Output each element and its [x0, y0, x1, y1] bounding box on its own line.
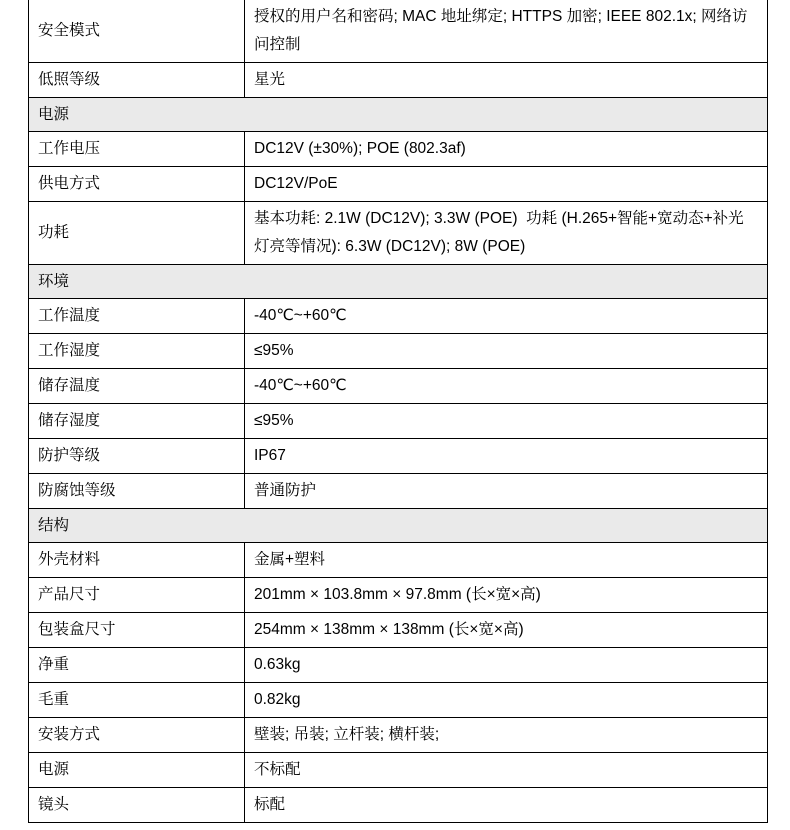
spec-value: DC12V/PoE [245, 167, 768, 202]
spec-value: 星光 [245, 63, 768, 98]
spec-value: 金属+塑料 [245, 543, 768, 578]
spec-label: 工作温度 [29, 299, 245, 334]
spec-label: 防腐蚀等级 [29, 474, 245, 509]
spec-value: 254mm × 138mm × 138mm (长×宽×高) [245, 613, 768, 648]
spec-label: 功耗 [29, 202, 245, 265]
spec-value: -40℃~+60℃ [245, 369, 768, 404]
spec-value: DC12V (±30%); POE (802.3af) [245, 132, 768, 167]
section-title: 环境 [29, 265, 768, 299]
spec-label: 净重 [29, 648, 245, 683]
spec-document-page: 安全模式 授权的用户名和密码; MAC 地址绑定; HTTPS 加密; IEEE… [0, 0, 790, 830]
spec-label: 防护等级 [29, 439, 245, 474]
spec-value: ≤95% [245, 334, 768, 369]
table-row: 工作湿度 ≤95% [29, 334, 768, 369]
spec-label: 低照等级 [29, 63, 245, 98]
section-title: 电源 [29, 98, 768, 132]
table-row: 供电方式 DC12V/PoE [29, 167, 768, 202]
spec-value: 201mm × 103.8mm × 97.8mm (长×宽×高) [245, 578, 768, 613]
section-row: 结构 [29, 509, 768, 543]
spec-label: 安全模式 [29, 0, 245, 63]
spec-label: 工作电压 [29, 132, 245, 167]
table-row: 净重 0.63kg [29, 648, 768, 683]
table-row: 工作温度 -40℃~+60℃ [29, 299, 768, 334]
table-row: 安装方式 壁装; 吊装; 立杆装; 横杆装; [29, 718, 768, 753]
spec-value: 壁装; 吊装; 立杆装; 横杆装; [245, 718, 768, 753]
spec-label: 产品尺寸 [29, 578, 245, 613]
spec-value: IP67 [245, 439, 768, 474]
section-title: 结构 [29, 509, 768, 543]
table-row: 功耗 基本功耗: 2.1W (DC12V); 3.3W (POE) 功耗 (H.… [29, 202, 768, 265]
section-row: 电源 [29, 98, 768, 132]
spec-value: 0.82kg [245, 683, 768, 718]
section-row: 环境 [29, 265, 768, 299]
spec-label: 电源 [29, 753, 245, 788]
spec-value: 标配 [245, 788, 768, 823]
spec-label: 储存湿度 [29, 404, 245, 439]
table-row: 防护等级 IP67 [29, 439, 768, 474]
table-row: 产品尺寸 201mm × 103.8mm × 97.8mm (长×宽×高) [29, 578, 768, 613]
table-row: 毛重 0.82kg [29, 683, 768, 718]
spec-label: 外壳材料 [29, 543, 245, 578]
spec-label: 供电方式 [29, 167, 245, 202]
table-row: 包装盒尺寸 254mm × 138mm × 138mm (长×宽×高) [29, 613, 768, 648]
spec-label: 储存温度 [29, 369, 245, 404]
table-row: 电源 不标配 [29, 753, 768, 788]
spec-value: ≤95% [245, 404, 768, 439]
table-row: 安全模式 授权的用户名和密码; MAC 地址绑定; HTTPS 加密; IEEE… [29, 0, 768, 63]
spec-label: 毛重 [29, 683, 245, 718]
spec-value: 基本功耗: 2.1W (DC12V); 3.3W (POE) 功耗 (H.265… [245, 202, 768, 265]
spec-value: 普通防护 [245, 474, 768, 509]
spec-value: -40℃~+60℃ [245, 299, 768, 334]
spec-value: 授权的用户名和密码; MAC 地址绑定; HTTPS 加密; IEEE 802.… [245, 0, 768, 63]
table-row: 外壳材料 金属+塑料 [29, 543, 768, 578]
spec-label: 安装方式 [29, 718, 245, 753]
table-row: 工作电压 DC12V (±30%); POE (802.3af) [29, 132, 768, 167]
table-row: 低照等级 星光 [29, 63, 768, 98]
spec-label: 工作湿度 [29, 334, 245, 369]
table-row: 镜头 标配 [29, 788, 768, 823]
spec-label: 包装盒尺寸 [29, 613, 245, 648]
table-row: 储存温度 -40℃~+60℃ [29, 369, 768, 404]
spec-value: 0.63kg [245, 648, 768, 683]
table-row: 防腐蚀等级 普通防护 [29, 474, 768, 509]
specification-table: 安全模式 授权的用户名和密码; MAC 地址绑定; HTTPS 加密; IEEE… [28, 0, 768, 823]
table-row: 储存湿度 ≤95% [29, 404, 768, 439]
spec-value: 不标配 [245, 753, 768, 788]
spec-label: 镜头 [29, 788, 245, 823]
